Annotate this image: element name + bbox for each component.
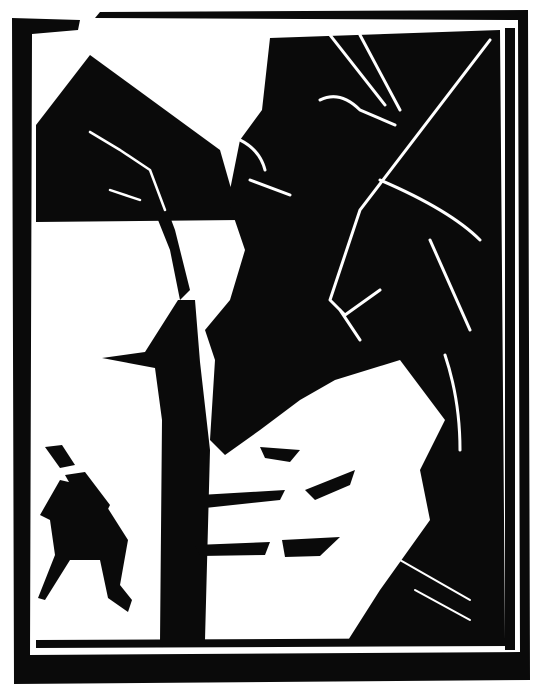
floating-marks — [195, 447, 355, 557]
walking-figure — [38, 445, 132, 612]
woodcut-artwork — [0, 0, 548, 700]
mountain — [36, 55, 240, 222]
